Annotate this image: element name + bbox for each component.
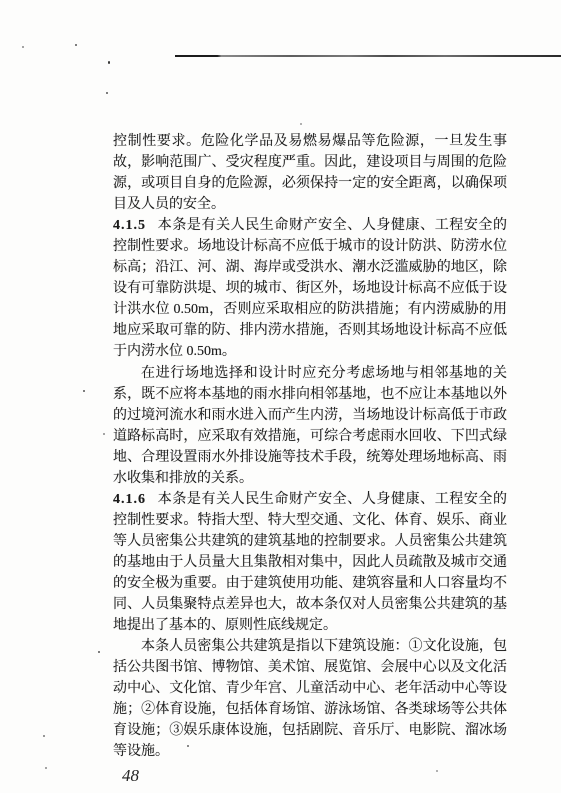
scan-speck	[436, 770, 438, 772]
text-line: 施；②体育设施，包括体育场馆、游泳场馆、各类球场等公共体	[113, 699, 507, 720]
text-block: 控制性要求。危险化学品及易燃易爆品等危险源，一旦发生事 故，影响范围广、受灾程度…	[113, 131, 507, 762]
text-line: 括公共图书馆、博物馆、美术馆、展览馆、会展中心以及文化活	[113, 657, 507, 678]
text-line: 地、合理设置雨水外排设施等技术手段，统筹处理场地标高、雨	[113, 447, 507, 468]
page-number: 48	[122, 766, 139, 786]
scanned-document-page: 控制性要求。危险化学品及易燃易爆品等危险源，一旦发生事 故，影响范围广、受灾程度…	[0, 0, 561, 793]
scan-speck	[22, 46, 24, 48]
text-line-body: 本条是有关人民生命财产安全、人身健康、工程安全的	[157, 492, 507, 507]
scan-line-artifact	[175, 55, 561, 57]
scan-speck	[108, 61, 110, 64]
scan-speck	[83, 390, 85, 392]
text-line: 控制性要求。场地设计标高不应低于城市的设计防洪、防涝水位	[113, 236, 507, 257]
section-number: 4.1.5	[113, 218, 146, 233]
text-line: 动中心、文化馆、青少年宫、儿童活动中心、老年活动中心等设	[113, 678, 507, 699]
text-line: 的过境河流水和雨水进入而产生内涝，当场地设计标高低于市政	[113, 405, 507, 426]
text-line: 育设施；③娱乐康体设施，包括剧院、音乐厅、电影院、溜冰场	[113, 720, 507, 741]
text-line: 故，影响范围广、受灾程度严重。因此，建设项目与周围的危险	[113, 152, 507, 173]
text-line: 源，或项目自身的危险源，必须保持一定的安全距离，以确保项	[113, 173, 507, 194]
text-line: 地应采取可靠的防、排内涝水措施，否则其场地设计标高不应低	[113, 320, 507, 341]
text-line: 控制性要求。特指大型、特大型交通、文化、体育、娱乐、商业	[113, 510, 507, 531]
text-line: 的基地由于人员量大且集散相对集中，因此人员疏散及城市交通	[113, 552, 507, 573]
text-line: 计洪水位 0.50m，否则应采取相应的防洪措施；有内涝威胁的用	[113, 299, 507, 320]
text-line: 本条人员密集公共建筑是指以下建筑设施：①文化设施，包	[113, 636, 507, 657]
scan-speck	[45, 767, 47, 769]
text-line: 4.1.5本条是有关人民生命财产安全、人身健康、工程安全的	[113, 215, 507, 236]
text-line: 等人员密集公共建筑的建筑基地的控制要求。人员密集公共建筑	[113, 531, 507, 552]
text-line: 设有可靠防洪堤、坝的城市、街区外，场地设计标高不应低于设	[113, 278, 507, 299]
text-line: 于内涝水位 0.50m。	[113, 341, 507, 362]
scan-speck	[300, 123, 302, 125]
scan-speck	[103, 433, 105, 435]
scan-speck	[98, 651, 100, 653]
scan-speck	[75, 44, 77, 46]
scan-speck	[43, 735, 45, 737]
text-line: 4.1.6本条是有关人民生命财产安全、人身健康、工程安全的	[113, 489, 507, 510]
text-line: 地提出了基本的、原则性底线规定。	[113, 615, 507, 636]
text-line: 同、人员集聚特点差异也大，故本条仅对人员密集公共建筑的基	[113, 594, 507, 615]
section-number: 4.1.6	[113, 492, 146, 507]
text-line: 水收集和排放的关系。	[113, 468, 507, 489]
text-line: 道路标高时，应采取有效措施，可综合考虑雨水回收、下凹式绿	[113, 426, 507, 447]
text-line: 目及人员的安全。	[113, 194, 507, 215]
text-line: 的安全极为重要。由于建筑使用功能、建筑容量和人口容量均不	[113, 573, 507, 594]
scan-speck	[106, 92, 108, 94]
text-line: 控制性要求。危险化学品及易燃易爆品等危险源，一旦发生事	[113, 131, 507, 152]
text-line: 系，既不应将本基地的雨水排向相邻基地，也不应让本基地以外	[113, 384, 507, 405]
text-line-body: 本条是有关人民生命财产安全、人身健康、工程安全的	[157, 218, 507, 233]
text-line: 标高；沿江、河、湖、海岸或受洪水、潮水泛滥威胁的地区，除	[113, 257, 507, 278]
text-line: 等设施。	[113, 741, 507, 762]
text-line: 在进行场地选择和设计时应充分考虑场地与相邻基地的关	[113, 363, 507, 384]
